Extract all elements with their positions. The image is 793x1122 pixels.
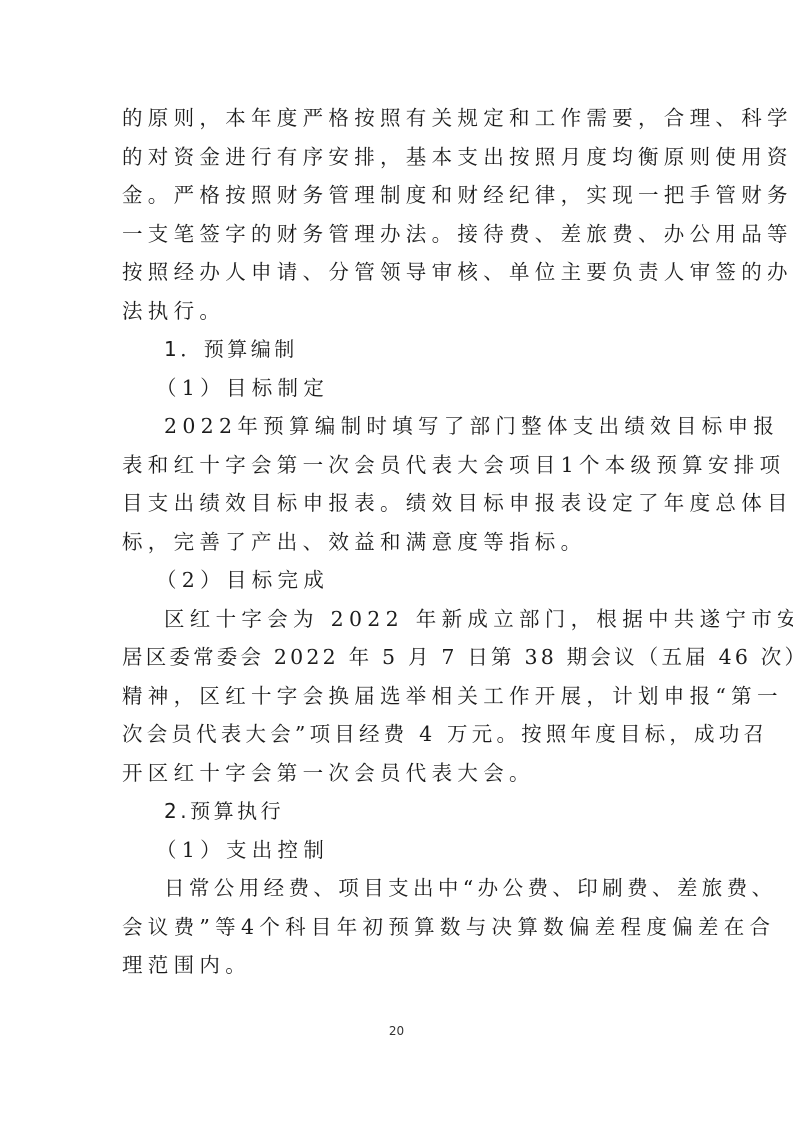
paragraph-line: 按照经办人申请、分管领导审核、单位主要负责人审签的办 (122, 253, 678, 292)
subsection-heading-expenditure-control: （1）支出控制 (122, 831, 678, 870)
paragraph-line: 开区红十字会第一次会员代表大会。 (122, 754, 678, 793)
expenditure-control-paragraph: 日常公用经费、项目支出中“办公费、印刷费、差旅费、 会议费”等4个科目年初预算数… (122, 869, 678, 985)
document-page: 的原则，本年度严格按照有关规定和工作需要，合理、科学 的对资金进行有序安排，基本… (0, 0, 793, 1122)
goal-setting-paragraph: 2022年预算编制时填写了部门整体支出绩效目标申报 表和红十字会第一次会员代表大… (122, 407, 678, 561)
paragraph-line: 居区委常委会 2022 年 5 月 7 日第 38 期会议（五届 46 次） (122, 638, 678, 677)
paragraph-line: 金。严格按照财务管理制度和财经纪律，实现一把手管财务， (122, 176, 678, 215)
section-heading-budget-preparation: 1．预算编制 (122, 330, 678, 369)
document-body: 的原则，本年度严格按照有关规定和工作需要，合理、科学 的对资金进行有序安排，基本… (122, 99, 678, 985)
paragraph-line: 区红十字会为 2022 年新成立部门，根据中共遂宁市安 (122, 600, 678, 639)
paragraph-line: 表和红十字会第一次会员代表大会项目1个本级预算安排项 (122, 446, 678, 485)
subsection-heading-goal-setting: （1）目标制定 (122, 369, 678, 408)
paragraph-line: 理范围内。 (122, 946, 678, 985)
paragraph-line: 2022年预算编制时填写了部门整体支出绩效目标申报 (122, 407, 678, 446)
page-number: 20 (0, 1024, 793, 1038)
paragraph-line: 日常公用经费、项目支出中“办公费、印刷费、差旅费、 (122, 869, 678, 908)
paragraph-line: 标，完善了产出、效益和满意度等指标。 (122, 523, 678, 562)
subsection-heading-goal-completion: （2）目标完成 (122, 561, 678, 600)
paragraph-line: 会议费”等4个科目年初预算数与决算数偏差程度偏差在合 (122, 908, 678, 947)
intro-paragraph: 的原则，本年度严格按照有关规定和工作需要，合理、科学 的对资金进行有序安排，基本… (122, 99, 678, 330)
goal-completion-paragraph: 区红十字会为 2022 年新成立部门，根据中共遂宁市安 居区委常委会 2022 … (122, 600, 678, 793)
paragraph-line: 次会员代表大会”项目经费 4 万元。按照年度目标，成功召 (122, 715, 678, 754)
paragraph-line: 的对资金进行有序安排，基本支出按照月度均衡原则使用资 (122, 138, 678, 177)
paragraph-line: 一支笔签字的财务管理办法。接待费、差旅费、办公用品等 (122, 215, 678, 254)
section-heading-budget-execution: 2.预算执行 (122, 792, 678, 831)
paragraph-line: 的原则，本年度严格按照有关规定和工作需要，合理、科学 (122, 99, 678, 138)
paragraph-line: 目支出绩效目标申报表。绩效目标申报表设定了年度总体目 (122, 484, 678, 523)
paragraph-line: 法执行。 (122, 292, 678, 331)
paragraph-line: 精神，区红十字会换届选举相关工作开展，计划申报“第一 (122, 677, 678, 716)
